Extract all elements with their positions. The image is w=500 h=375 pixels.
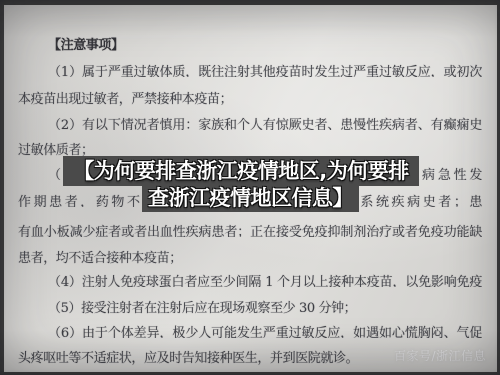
caption-overlay-line2: 查浙江疫情地区信息】 xyxy=(142,186,359,212)
doc-line: （1）属于严重过敏体质，既往注射其他疫苗时发生过严重过敏反应，或初次接种 xyxy=(48,61,482,77)
doc-line: （6）由于个体差异，极少人可能发生严重过敏反应，如遇如心慌胸闷、气促气喘、 xyxy=(48,322,482,338)
doc-line: 本疫苗出现过敏者，严禁接种本疫苗； xyxy=(18,88,482,107)
screenshot-root: { "document": { "heading": "【注意事项】", "li… xyxy=(0,0,500,375)
doc-line: （5）接受注射者在注射后应在现场观察至少 30 分钟； xyxy=(48,297,482,316)
doc-line: 有血小板减少症者或者出血性疾病患者；正在接受免疫抑制剂治疗或者免疫功能缺陷的 xyxy=(18,221,482,237)
doc-line: （2）有以下情况者慎用：家族和个人有惊厥史者、患慢性疾病者、有癫痫史者、 xyxy=(48,114,482,130)
doc-line: 患者，均不适合接种本疫苗； xyxy=(18,247,482,266)
caption-overlay-line1: 【为何要排查浙江疫情地区,为何要排 xyxy=(63,156,419,186)
notice-heading: 【注意事项】 xyxy=(48,34,124,53)
watermark: 百家号/浙江信息 xyxy=(394,347,486,364)
document-photo: 【注意事项】 （1）属于严重过敏体质，既往注射其他疫苗时发生过严重过敏反应，或初… xyxy=(0,0,500,375)
doc-line: （4）注射人免疫球蛋白者应至少间隔 1 个月以上接种本疫苗，以免影响免疫效果； xyxy=(48,271,482,287)
